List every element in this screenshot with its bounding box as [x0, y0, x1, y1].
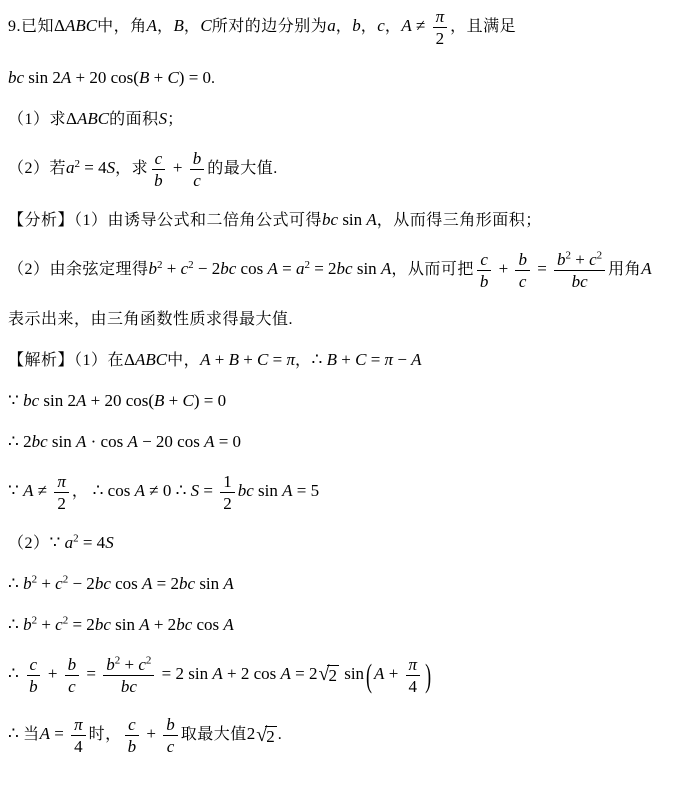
- math-text: +: [337, 350, 355, 369]
- math-variable: a: [327, 16, 336, 35]
- math-variable: π: [409, 655, 418, 674]
- fraction: π2: [54, 472, 69, 513]
- math-variable: S: [159, 109, 168, 128]
- math-text: sin: [111, 615, 139, 634]
- math-variable: bc: [8, 68, 24, 87]
- numerator: b2 + c2: [554, 250, 605, 271]
- math-variable: B: [229, 350, 239, 369]
- solution-part2-given: （2）∵ a2 = 4S: [8, 532, 672, 554]
- math-variable: bc: [572, 272, 588, 291]
- math-variable: b: [557, 250, 566, 269]
- fraction: cb: [151, 149, 166, 190]
- text-run: （2）若: [8, 160, 66, 177]
- math-variable: A: [267, 259, 277, 278]
- math-variable: c: [55, 615, 63, 634]
- text-run: 用角: [608, 261, 641, 278]
- math-text: +: [37, 615, 55, 634]
- solution-given: ∵ bc sin 2A + 20 cos(B + C) = 0: [8, 390, 672, 412]
- math-text: =: [50, 725, 68, 744]
- math-text: =: [366, 350, 384, 369]
- text-run: ，且满足: [450, 18, 516, 35]
- math-variable: A: [223, 574, 233, 593]
- math-variable: A: [366, 210, 376, 229]
- math-variable: A: [23, 481, 33, 500]
- denominator: 4: [406, 676, 421, 696]
- math-variable: C: [167, 68, 178, 87]
- math-text: ∵: [8, 391, 23, 410]
- text-run: ，: [385, 18, 402, 35]
- math-text: 2: [328, 666, 337, 685]
- text-run: 的最大值.: [207, 160, 278, 177]
- math-text: = 2: [68, 615, 95, 634]
- solution-rearranged: ∴ b2 + c2 = 2bc sin A + 2bc cos A: [8, 614, 672, 636]
- math-text: cos: [111, 574, 142, 593]
- math-text: ) = 0: [179, 68, 211, 87]
- big-paren: ): [423, 656, 433, 697]
- math-text: = 5: [293, 481, 320, 500]
- fraction: cb: [26, 655, 41, 696]
- square-root: √2: [318, 665, 338, 686]
- math-text: ∴: [312, 350, 327, 369]
- math-variable: A: [147, 16, 157, 35]
- numerator: π: [433, 7, 448, 28]
- numerator: b: [190, 149, 205, 170]
- superscript: 2: [146, 655, 152, 667]
- denominator: 4: [71, 736, 86, 756]
- math-variable: c: [377, 16, 385, 35]
- math-variable: π: [436, 7, 445, 26]
- math-text: = 0: [214, 432, 241, 451]
- text-run: 当: [23, 727, 40, 744]
- text-run: ，: [336, 18, 353, 35]
- math-variable: c: [30, 655, 38, 674]
- math-text: +: [494, 259, 512, 278]
- math-text: sin: [353, 259, 381, 278]
- problem-statement: 9.已知ΔABC中，角A，B，C所对的边分别为a，b，c，A ≠ π2，且满足: [8, 7, 672, 48]
- math-variable: a: [65, 533, 74, 552]
- denominator: c: [190, 170, 204, 190]
- solution-area: ∵ A ≠ π2， ∴ cos A ≠ 0 ∴ S = 12bc sin A =…: [8, 472, 672, 513]
- math-text: +: [120, 655, 138, 674]
- math-variable: c: [193, 171, 201, 190]
- text-run: 中，: [167, 352, 200, 369]
- solution-conclusion: ∴ 当A = π4时，cb + bc取最大值2√2.: [8, 715, 672, 756]
- math-text: Δ: [54, 16, 65, 35]
- math-variable: π: [385, 350, 394, 369]
- math-variable: bc: [179, 574, 195, 593]
- math-variable: C: [200, 16, 211, 35]
- math-variable: A: [200, 350, 210, 369]
- solution-max-expression: ∴ cb + bc = b2 + c2bc = 2 sin A + 2 cos …: [8, 655, 672, 696]
- math-variable: C: [183, 391, 194, 410]
- text-run: 【分析】（1）由诱导公式和二倍角公式可得: [8, 212, 322, 229]
- text-run: （2）: [8, 535, 50, 552]
- numerator: c: [477, 250, 491, 271]
- math-variable: c: [128, 715, 136, 734]
- math-variable: bc: [95, 574, 111, 593]
- math-variable: A: [76, 391, 86, 410]
- math-text: 2: [57, 494, 66, 513]
- math-text: ) = 0: [194, 391, 226, 410]
- given-equation: bc sin 2A + 20 cos(B + C) = 0.: [8, 67, 672, 89]
- text-run: ，: [184, 18, 201, 35]
- superscript: 2: [597, 249, 603, 261]
- math-text: ∴ 2: [8, 432, 32, 451]
- math-text: +: [384, 664, 402, 683]
- math-text: ≠: [33, 481, 51, 500]
- math-variable: bc: [238, 481, 254, 500]
- math-text: = 2: [152, 574, 179, 593]
- analysis-part1: 【分析】（1）由诱导公式和二倍角公式可得bc sin A，从而得三角形面积；: [8, 209, 672, 231]
- math-variable: b: [149, 259, 158, 278]
- math-text: cos: [236, 259, 267, 278]
- math-text: +: [149, 68, 167, 87]
- math-variable: A: [204, 432, 214, 451]
- text-run: 9.已知: [8, 18, 54, 35]
- math-variable: ABC: [135, 350, 167, 369]
- fraction: bc: [190, 149, 205, 190]
- math-variable: bc: [32, 432, 48, 451]
- math-variable: bc: [337, 259, 353, 278]
- denominator: b: [151, 170, 166, 190]
- math-variable: A: [223, 615, 233, 634]
- math-variable: A: [135, 481, 145, 500]
- denominator: 2: [220, 493, 235, 513]
- fraction: 12: [220, 472, 235, 513]
- text-run: ，: [72, 483, 89, 500]
- math-text: Δ: [124, 350, 135, 369]
- math-variable: B: [327, 350, 337, 369]
- document: 9.已知ΔABC中，角A，B，C所对的边分别为a，b，c，A ≠ π2，且满足b…: [0, 0, 678, 756]
- math-text: + 20 cos(: [71, 68, 139, 87]
- numerator: c: [27, 655, 41, 676]
- math-variable: A: [282, 481, 292, 500]
- solution-cosine-rule: ∴ b2 + c2 − 2bc cos A = 2bc sin A: [8, 573, 672, 595]
- fraction: π4: [71, 715, 86, 756]
- numerator: b: [163, 715, 178, 736]
- fraction: b2 + c2bc: [554, 250, 605, 291]
- math-variable: A: [212, 664, 222, 683]
- denominator: b: [125, 736, 140, 756]
- math-text: = 4: [80, 158, 107, 177]
- math-text: sin: [338, 210, 366, 229]
- math-variable: b: [23, 615, 32, 634]
- text-run: ，从而可把: [391, 261, 474, 278]
- denominator: c: [164, 736, 178, 756]
- fraction: bc: [163, 715, 178, 756]
- math-variable: bc: [322, 210, 338, 229]
- math-text: = 2 sin: [157, 664, 212, 683]
- math-text: − 2: [68, 574, 95, 593]
- math-variable: A: [641, 259, 651, 278]
- math-text: 2: [223, 494, 232, 513]
- text-run: ，: [361, 18, 378, 35]
- math-variable: A: [40, 725, 50, 744]
- denominator: c: [65, 676, 79, 696]
- math-text: 4: [74, 737, 83, 756]
- fraction: cb: [477, 250, 492, 291]
- math-variable: π: [286, 350, 295, 369]
- text-run: 的面积: [109, 111, 159, 128]
- math-text: 2: [247, 725, 256, 744]
- math-variable: S: [107, 158, 116, 177]
- math-text: 2: [266, 727, 275, 746]
- denominator: 2: [433, 28, 448, 48]
- radical-sign: √: [256, 725, 267, 745]
- math-variable: B: [154, 391, 164, 410]
- denominator: bc: [569, 271, 591, 291]
- math-text: = 2: [291, 664, 318, 683]
- text-run: .: [211, 70, 216, 87]
- math-variable: C: [257, 350, 268, 369]
- math-text: =: [199, 481, 217, 500]
- math-text: 4: [409, 677, 418, 696]
- math-variable: a: [66, 158, 75, 177]
- math-variable: b: [29, 677, 38, 696]
- big-paren: (: [364, 656, 374, 697]
- math-text: +: [44, 664, 62, 683]
- math-variable: b: [128, 737, 137, 756]
- fraction: cb: [125, 715, 140, 756]
- math-variable: C: [355, 350, 366, 369]
- square-root: √2: [256, 726, 276, 747]
- math-variable: bc: [220, 259, 236, 278]
- math-variable: A: [411, 350, 421, 369]
- math-variable: A: [127, 432, 137, 451]
- solution-expand: ∴ 2bc sin A · cos A − 20 cos A = 0: [8, 431, 672, 453]
- math-variable: ABC: [65, 16, 97, 35]
- math-variable: b: [23, 574, 32, 593]
- math-text: sin 2: [24, 68, 61, 87]
- math-variable: A: [61, 68, 71, 87]
- text-run: ，求: [115, 160, 148, 177]
- text-run: 表示出来，由三角函数性质求得最大值.: [8, 311, 293, 328]
- math-variable: bc: [176, 615, 192, 634]
- math-variable: b: [68, 655, 77, 674]
- fraction: π2: [433, 7, 448, 48]
- math-text: ∵: [8, 481, 23, 500]
- fraction: b2 + c2bc: [103, 655, 154, 696]
- math-text: −: [393, 350, 411, 369]
- math-text: ∴: [8, 664, 23, 683]
- math-variable: A: [401, 16, 411, 35]
- text-run: （2）由余弦定理得: [8, 261, 149, 278]
- math-text: ∴: [8, 574, 23, 593]
- denominator: b: [477, 271, 492, 291]
- math-variable: A: [280, 664, 290, 683]
- math-text: + 2 cos: [223, 664, 281, 683]
- math-variable: B: [139, 68, 149, 87]
- denominator: b: [26, 676, 41, 696]
- text-run: 【解析】（1）在: [8, 352, 124, 369]
- math-variable: c: [138, 655, 146, 674]
- math-text: ∵: [50, 533, 65, 552]
- text-run: ；: [167, 111, 184, 128]
- math-variable: A: [374, 664, 384, 683]
- math-text: =: [278, 259, 296, 278]
- math-text: 2: [436, 29, 445, 48]
- math-text: sin: [254, 481, 282, 500]
- math-text: sin: [195, 574, 223, 593]
- analysis-part2: （2）由余弦定理得b2 + c2 − 2bc cos A = a2 = 2bc …: [8, 250, 672, 291]
- math-variable: bc: [95, 615, 111, 634]
- numerator: 1: [220, 472, 235, 493]
- math-text: = 4: [79, 533, 106, 552]
- solution-part1-angles: 【解析】（1）在ΔABC中，A + B + C = π，∴ B + C = π …: [8, 349, 672, 371]
- math-variable: ABC: [77, 109, 109, 128]
- numerator: c: [125, 715, 139, 736]
- part2-question: （2）若a2 = 4S，求cb + bc的最大值.: [8, 149, 672, 190]
- math-text: sin: [48, 432, 76, 451]
- text-run: 取最大值: [181, 727, 247, 744]
- analysis-part2-cont: 表示出来，由三角函数性质求得最大值.: [8, 310, 672, 330]
- text-run: ，从而得三角形面积；: [377, 212, 542, 229]
- math-text: ≠ 0 ∴: [145, 481, 191, 500]
- math-variable: A: [381, 259, 391, 278]
- part1-question: （1）求ΔABC的面积S；: [8, 108, 672, 130]
- math-variable: b: [154, 171, 163, 190]
- numerator: π: [406, 655, 421, 676]
- math-variable: c: [589, 250, 597, 269]
- math-text: Δ: [66, 109, 77, 128]
- denominator: c: [516, 271, 530, 291]
- math-variable: b: [352, 16, 361, 35]
- text-run: ，: [157, 18, 174, 35]
- math-variable: bc: [121, 677, 137, 696]
- math-variable: c: [155, 149, 163, 168]
- numerator: c: [152, 149, 166, 170]
- text-run: .: [278, 727, 283, 744]
- numerator: b: [65, 655, 80, 676]
- math-text: +: [571, 250, 589, 269]
- math-text: 1: [223, 472, 232, 491]
- math-text: =: [268, 350, 286, 369]
- fraction: bc: [515, 250, 530, 291]
- text-run: ，: [295, 352, 312, 369]
- math-text: =: [82, 664, 100, 683]
- math-text: + 2: [150, 615, 177, 634]
- denominator: 2: [54, 493, 69, 513]
- math-variable: A: [142, 574, 152, 593]
- math-text: − 20 cos: [138, 432, 204, 451]
- numerator: π: [71, 715, 86, 736]
- math-variable: c: [480, 250, 488, 269]
- text-run: 所对的边分别为: [212, 18, 328, 35]
- numerator: π: [54, 472, 69, 493]
- math-text: sin 2: [39, 391, 76, 410]
- math-text: − 2: [194, 259, 221, 278]
- math-variable: c: [55, 574, 63, 593]
- radical-sign: √: [318, 664, 329, 684]
- denominator: bc: [118, 676, 140, 696]
- math-variable: S: [105, 533, 114, 552]
- math-variable: c: [167, 737, 175, 756]
- math-text: +: [163, 259, 181, 278]
- math-text: · cos: [86, 432, 127, 451]
- math-text: +: [37, 574, 55, 593]
- math-text: +: [169, 158, 187, 177]
- math-text: + 20 cos(: [86, 391, 154, 410]
- math-text: ∴: [8, 615, 23, 634]
- math-variable: A: [76, 432, 86, 451]
- math-text: = 2: [310, 259, 337, 278]
- math-variable: S: [191, 481, 200, 500]
- math-text: ∴ cos: [88, 481, 134, 500]
- math-variable: A: [139, 615, 149, 634]
- math-text: ∴: [8, 725, 23, 744]
- math-text: sin: [340, 664, 364, 683]
- math-text: +: [142, 725, 160, 744]
- math-text: cos: [192, 615, 223, 634]
- math-variable: b: [166, 715, 175, 734]
- math-variable: π: [74, 715, 83, 734]
- math-variable: B: [173, 16, 183, 35]
- math-text: +: [239, 350, 257, 369]
- math-variable: c: [519, 272, 527, 291]
- math-text: ≠: [412, 16, 430, 35]
- math-variable: c: [68, 677, 76, 696]
- math-variable: bc: [23, 391, 39, 410]
- math-variable: b: [480, 272, 489, 291]
- math-text: +: [164, 391, 182, 410]
- numerator: b2 + c2: [103, 655, 154, 676]
- text-run: 中，角: [97, 18, 147, 35]
- fraction: bc: [65, 655, 80, 696]
- math-variable: π: [57, 472, 66, 491]
- numerator: b: [515, 250, 530, 271]
- math-text: +: [210, 350, 228, 369]
- math-variable: b: [518, 250, 527, 269]
- math-text: =: [533, 259, 551, 278]
- text-run: 时，: [89, 727, 122, 744]
- fraction: π4: [406, 655, 421, 696]
- text-run: （1）求: [8, 111, 66, 128]
- math-variable: b: [193, 149, 202, 168]
- math-variable: b: [106, 655, 115, 674]
